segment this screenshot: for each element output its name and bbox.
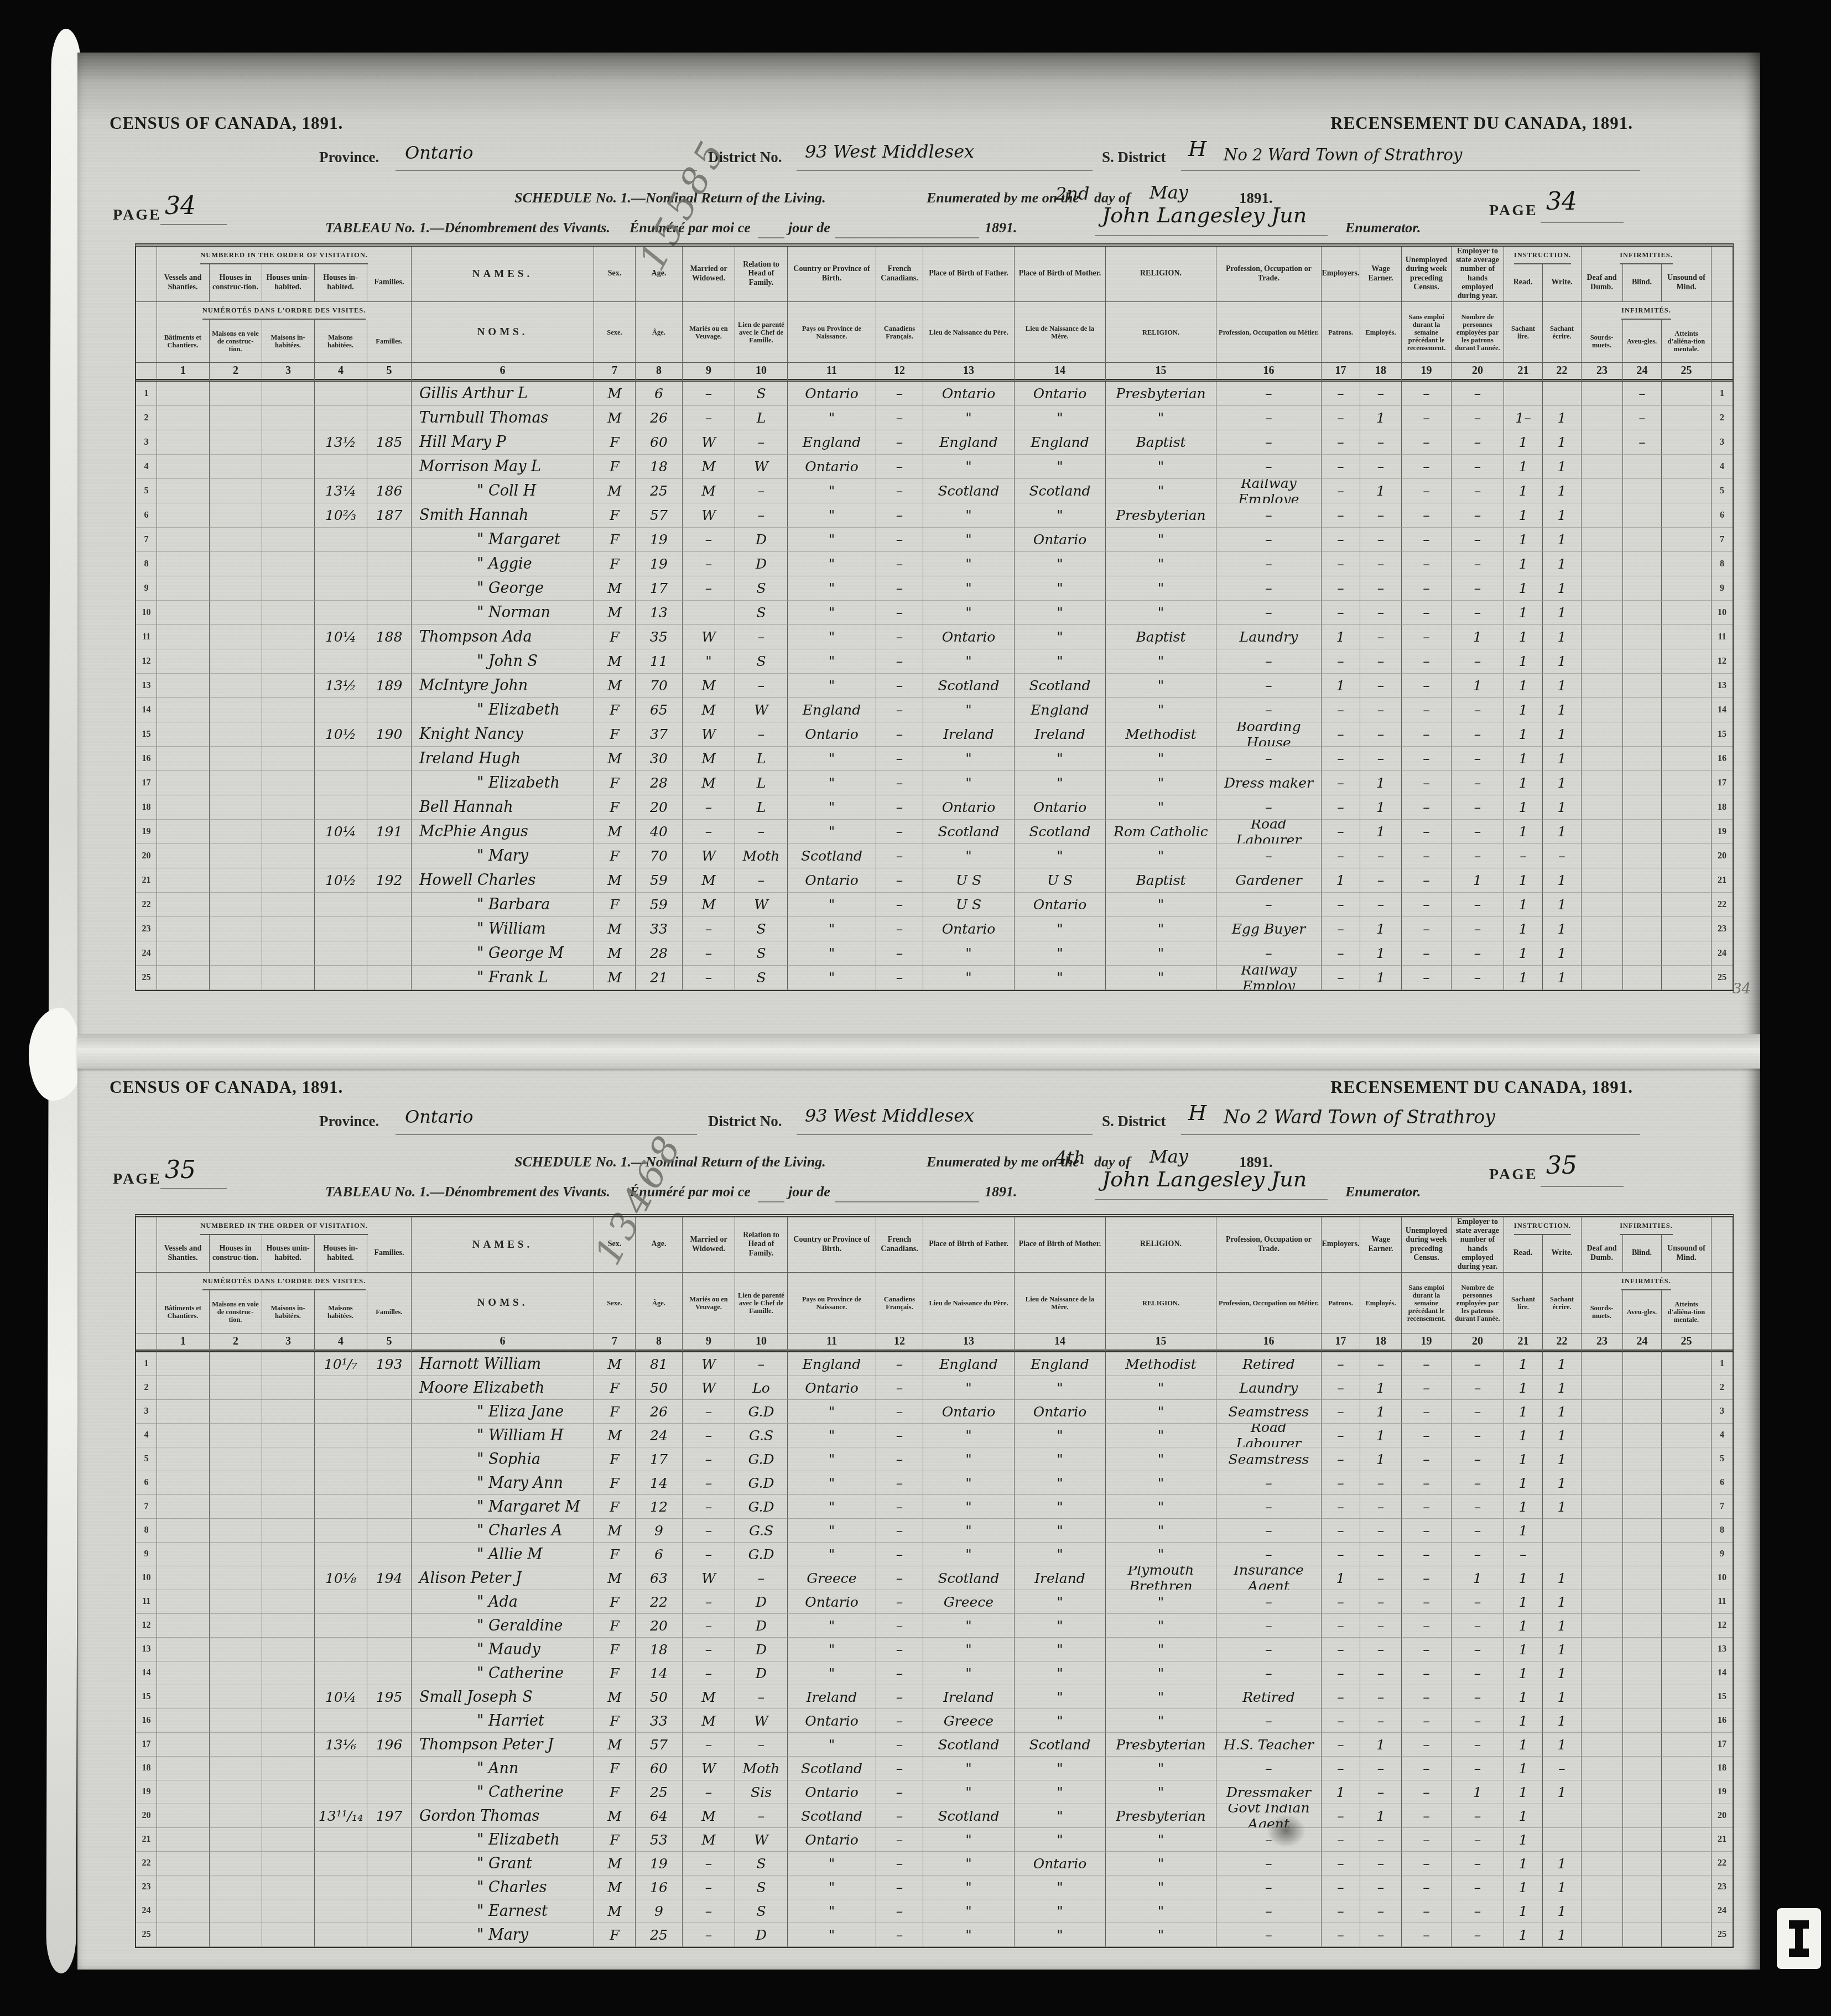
cell-deaf-dumb bbox=[1582, 1352, 1623, 1376]
enumerator-signature: John Langesley Jun bbox=[1102, 203, 1307, 227]
cell-wage-earner: 1 bbox=[1360, 1447, 1402, 1471]
cell-deaf-dumb bbox=[1582, 1709, 1623, 1733]
cell-read: – bbox=[1504, 844, 1543, 868]
cell-unemployed: – bbox=[1402, 1899, 1452, 1923]
cell-mother-birthplace: U S bbox=[1015, 868, 1106, 893]
cell-married-widowed: M bbox=[683, 893, 735, 917]
cell-french-canadian: – bbox=[876, 868, 923, 893]
cell-unsound-mind bbox=[1662, 868, 1712, 893]
cell-family-no: 192 bbox=[367, 868, 412, 893]
cell-blind bbox=[1623, 1543, 1662, 1566]
cell-deaf-dumb bbox=[1582, 1923, 1623, 1947]
cell-religion: " bbox=[1106, 1780, 1216, 1804]
cell-name: " Elizabeth bbox=[412, 771, 594, 795]
cell-name: " Margaret bbox=[412, 528, 594, 552]
cell-french-canadian: – bbox=[876, 722, 923, 747]
cell-uninhabited bbox=[262, 1733, 315, 1757]
cell-wage-earner: – bbox=[1360, 1566, 1402, 1590]
col-header-religion: RELIGION. bbox=[1106, 302, 1216, 363]
col-header-religion: RELIGION. bbox=[1106, 247, 1216, 302]
table-row: 1510½190Knight NancyF37W–Ontario–Ireland… bbox=[136, 722, 1733, 747]
cell-birthplace: " bbox=[788, 1876, 876, 1899]
cell-wage-earner: – bbox=[1360, 1780, 1402, 1804]
col-header-family-no: Families. bbox=[367, 264, 412, 301]
col-number-5: 5 bbox=[367, 1333, 412, 1352]
col-number-11: 11 bbox=[788, 363, 876, 382]
cell-deaf-dumb bbox=[1582, 601, 1623, 625]
cell-hands-employed: – bbox=[1452, 1495, 1504, 1519]
cell-married-widowed: M bbox=[683, 479, 735, 503]
cell-unsound-mind bbox=[1662, 455, 1712, 479]
col-number-2: 2 bbox=[210, 363, 262, 382]
cell-name: " Allie M bbox=[412, 1543, 594, 1566]
cell-family-no: 195 bbox=[367, 1685, 412, 1709]
cell-mother-birthplace: " bbox=[1015, 1471, 1106, 1495]
cell-unsound-mind bbox=[1662, 771, 1712, 795]
enumerator-signature: John Langesley Jun bbox=[1102, 1167, 1307, 1191]
cell-relation: – bbox=[735, 1804, 788, 1828]
cell-deaf-dumb bbox=[1582, 771, 1623, 795]
table-row: 22" GrantM19–S"–"Ontario"–––––1122 bbox=[136, 1852, 1733, 1876]
col-header-name: NOMS. bbox=[412, 1273, 594, 1333]
cell-read: 1 bbox=[1504, 1447, 1543, 1471]
census-page-34: CENSUS OF CANADA, 1891. RECENSEMENT DU C… bbox=[77, 53, 1760, 1034]
cell-wage-earner: – bbox=[1360, 893, 1402, 917]
cell-religion: " bbox=[1106, 1852, 1216, 1876]
cell-mother-birthplace: " bbox=[1015, 771, 1106, 795]
cell-row-num: 16 bbox=[1712, 747, 1733, 771]
cell-occupation: H.S. Teacher bbox=[1216, 1733, 1322, 1757]
cell-read: 1 bbox=[1504, 966, 1543, 990]
table-row: 513¼186" Coll HM25M–"–ScotlandScotland"R… bbox=[136, 479, 1733, 503]
cell-french-canadian: – bbox=[876, 1590, 923, 1614]
cell-blind bbox=[1623, 941, 1662, 966]
cell-blind bbox=[1623, 1757, 1662, 1780]
cell-row-num: 1 bbox=[136, 382, 157, 406]
col-number-16: 16 bbox=[1216, 363, 1322, 382]
cell-married-widowed: – bbox=[683, 1400, 735, 1424]
cell-vessels bbox=[157, 1400, 210, 1424]
cell-construction bbox=[210, 771, 262, 795]
cell-religion: " bbox=[1106, 1424, 1216, 1447]
cell-employer: – bbox=[1322, 1804, 1360, 1828]
cell-uninhabited bbox=[262, 698, 315, 722]
cell-unemployed: – bbox=[1402, 1590, 1452, 1614]
cell-father-birthplace: Ireland bbox=[923, 722, 1015, 747]
col-header-wage-earner: Employés. bbox=[1360, 1273, 1402, 1333]
cell-unsound-mind bbox=[1662, 1780, 1712, 1804]
cell-father-birthplace: " bbox=[923, 1899, 1015, 1923]
cell-blind bbox=[1623, 455, 1662, 479]
table-header-fr: NUMÉROTÉS DANS L'ORDRE DES VISITES.Bâtim… bbox=[136, 302, 1733, 363]
cell-occupation: – bbox=[1216, 552, 1322, 576]
cell-uninhabited bbox=[262, 771, 315, 795]
cell-hands-employed: – bbox=[1452, 722, 1504, 747]
cell-unemployed: – bbox=[1402, 528, 1452, 552]
cell-deaf-dumb bbox=[1582, 552, 1623, 576]
col-number-25: 25 bbox=[1662, 363, 1712, 382]
cell-row-num: 23 bbox=[1712, 917, 1733, 941]
instruction-group-title: INSTRUCTION. bbox=[1514, 1217, 1571, 1235]
cell-married-widowed: – bbox=[683, 1638, 735, 1661]
page-label-right: PAGE bbox=[1489, 202, 1538, 220]
cell-sex: M bbox=[594, 649, 636, 674]
cell-married-widowed: M bbox=[683, 1709, 735, 1733]
cell-religion: " bbox=[1106, 1709, 1216, 1733]
cell-religion: " bbox=[1106, 1376, 1216, 1400]
cell-row-num: 3 bbox=[136, 430, 157, 455]
cell-name: " Charles bbox=[412, 1876, 594, 1899]
cell-occupation: Gardener bbox=[1216, 868, 1322, 893]
col-header-sex: Sexe. bbox=[594, 1273, 636, 1333]
cell-name: " Mary bbox=[412, 844, 594, 868]
infirmities-group: INFIRMITIES.Deaf and Dumb.Blind.Unsound … bbox=[1582, 247, 1712, 302]
cell-married-widowed: – bbox=[683, 1447, 735, 1471]
cell-name: Gordon Thomas bbox=[412, 1804, 594, 1828]
cell-construction bbox=[210, 1447, 262, 1471]
cell-name: " Harriet bbox=[412, 1709, 594, 1733]
cell-wage-earner: 1 bbox=[1360, 1733, 1402, 1757]
table-row: 9" Allie MF6–G.D"–"""––––––9 bbox=[136, 1543, 1733, 1566]
cell-deaf-dumb bbox=[1582, 382, 1623, 406]
cell-read: 1 bbox=[1504, 917, 1543, 941]
cell-married-widowed: – bbox=[683, 795, 735, 820]
cell-write: 1 bbox=[1543, 820, 1582, 844]
cell-inhabited bbox=[315, 893, 367, 917]
cell-relation: Sis bbox=[735, 1780, 788, 1804]
cell-age: 19 bbox=[636, 528, 683, 552]
cell-relation: S bbox=[735, 966, 788, 990]
cell-vessels bbox=[157, 1352, 210, 1376]
cell-birthplace: " bbox=[788, 941, 876, 966]
cell-relation: S bbox=[735, 649, 788, 674]
cell-relation: G.D bbox=[735, 1543, 788, 1566]
cell-age: 33 bbox=[636, 917, 683, 941]
cell-construction bbox=[210, 503, 262, 528]
cell-mother-birthplace: " bbox=[1015, 917, 1106, 941]
col-header-write: Sachant écrire. bbox=[1543, 302, 1582, 363]
cell-deaf-dumb bbox=[1582, 893, 1623, 917]
cell-married-widowed: W bbox=[683, 1566, 735, 1590]
cell-row-num: 20 bbox=[136, 1804, 157, 1828]
cell-married-widowed: – bbox=[683, 1590, 735, 1614]
cell-sex: F bbox=[594, 1495, 636, 1519]
col-header-employer: Patrons. bbox=[1322, 1273, 1360, 1333]
cell-row-num: 5 bbox=[1712, 1447, 1733, 1471]
cell-age: 20 bbox=[636, 1614, 683, 1638]
cell-unemployed: – bbox=[1402, 455, 1452, 479]
col-header-uninhabited: Maisons in-habitées. bbox=[262, 1290, 315, 1333]
cell-employer: – bbox=[1322, 1352, 1360, 1376]
col-number-10: 10 bbox=[735, 1333, 788, 1352]
cell-unemployed: – bbox=[1402, 382, 1452, 406]
cell-unsound-mind bbox=[1662, 503, 1712, 528]
cell-unsound-mind bbox=[1662, 1757, 1712, 1780]
scan-edge-mark bbox=[29, 1008, 82, 1101]
cell-unsound-mind bbox=[1662, 917, 1712, 941]
cell-religion: " bbox=[1106, 747, 1216, 771]
cell-blind bbox=[1623, 698, 1662, 722]
cell-construction bbox=[210, 1519, 262, 1543]
cell-vessels bbox=[157, 820, 210, 844]
cell-age: 37 bbox=[636, 722, 683, 747]
cell-mother-birthplace: " bbox=[1015, 747, 1106, 771]
cell-write: 1 bbox=[1543, 576, 1582, 601]
col-header-inhabited: Houses in-habited. bbox=[315, 1235, 367, 1272]
enumerator-label: Enumerator. bbox=[1345, 220, 1421, 236]
cell-wage-earner: 1 bbox=[1360, 795, 1402, 820]
cell-row-num: 5 bbox=[136, 479, 157, 503]
cell-wage-earner: – bbox=[1360, 1828, 1402, 1852]
cell-family-no: 188 bbox=[367, 625, 412, 649]
cell-wage-earner: – bbox=[1360, 1899, 1402, 1923]
cell-employer: – bbox=[1322, 1899, 1360, 1923]
col-number-16: 16 bbox=[1216, 1333, 1322, 1352]
cell-blind bbox=[1623, 966, 1662, 990]
row-number-header bbox=[1712, 363, 1733, 382]
cell-married-widowed: – bbox=[683, 820, 735, 844]
cell-uninhabited bbox=[262, 1614, 315, 1638]
cell-deaf-dumb bbox=[1582, 1733, 1623, 1757]
cell-write bbox=[1543, 1543, 1582, 1566]
cell-hands-employed: – bbox=[1452, 1400, 1504, 1424]
cell-mother-birthplace: " bbox=[1015, 503, 1106, 528]
cell-unemployed: – bbox=[1402, 625, 1452, 649]
cell-hands-employed: – bbox=[1452, 917, 1504, 941]
row-number-header bbox=[136, 247, 157, 302]
cell-blind bbox=[1623, 1400, 1662, 1424]
cell-name: Ireland Hugh bbox=[412, 747, 594, 771]
cell-construction bbox=[210, 1733, 262, 1757]
cell-employer: – bbox=[1322, 917, 1360, 941]
cell-uninhabited bbox=[262, 1566, 315, 1590]
col-header-wage-earner: Wage Earner. bbox=[1360, 1217, 1402, 1273]
cell-mother-birthplace: " bbox=[1015, 1780, 1106, 1804]
cell-relation: D bbox=[735, 1661, 788, 1685]
cell-mother-birthplace: " bbox=[1015, 552, 1106, 576]
cell-inhabited bbox=[315, 966, 367, 990]
cell-vessels bbox=[157, 455, 210, 479]
cell-french-canadian: – bbox=[876, 601, 923, 625]
cell-name: Harnott William bbox=[412, 1352, 594, 1376]
subdistrict-value: H bbox=[1188, 1101, 1206, 1125]
cell-relation: Moth bbox=[735, 1757, 788, 1780]
cell-deaf-dumb bbox=[1582, 1590, 1623, 1614]
cell-unemployed: – bbox=[1402, 1376, 1452, 1400]
cell-construction bbox=[210, 674, 262, 698]
cell-relation: – bbox=[735, 479, 788, 503]
cell-birthplace: " bbox=[788, 1519, 876, 1543]
cell-inhabited bbox=[315, 382, 367, 406]
cell-construction bbox=[210, 406, 262, 430]
cell-mother-birthplace: Ontario bbox=[1015, 382, 1106, 406]
cell-name: Thompson Ada bbox=[412, 625, 594, 649]
table-row: 25" MaryF25–D"–"""–––––1125 bbox=[136, 1923, 1733, 1947]
cell-french-canadian: – bbox=[876, 1661, 923, 1685]
cell-write: 1 bbox=[1543, 1566, 1582, 1590]
cell-mother-birthplace: Scotland bbox=[1015, 1733, 1106, 1757]
cell-write: 1 bbox=[1543, 1661, 1582, 1685]
cell-blind bbox=[1623, 1495, 1662, 1519]
cell-uninhabited bbox=[262, 1852, 315, 1876]
cell-relation: – bbox=[735, 1566, 788, 1590]
cell-write: 1 bbox=[1543, 1424, 1582, 1447]
cell-inhabited bbox=[315, 747, 367, 771]
cell-deaf-dumb bbox=[1582, 1424, 1623, 1447]
table-row: 5" SophiaF17–G.D"–"""Seamstress–1––115 bbox=[136, 1447, 1733, 1471]
col-header-french-canadian: Canadiens Français. bbox=[876, 1273, 923, 1333]
cell-write: 1 bbox=[1543, 406, 1582, 430]
cell-hands-employed: – bbox=[1452, 1876, 1504, 1899]
cell-father-birthplace: Ontario bbox=[923, 917, 1015, 941]
cell-birthplace: " bbox=[788, 1543, 876, 1566]
cell-relation: – bbox=[735, 1685, 788, 1709]
cell-row-num: 7 bbox=[136, 528, 157, 552]
col-number-1: 1 bbox=[157, 363, 210, 382]
cell-read: 1 bbox=[1504, 455, 1543, 479]
cell-row-num: 14 bbox=[136, 698, 157, 722]
col-header-unemployed: Unemployed during week preceding Census. bbox=[1402, 1217, 1452, 1273]
cell-age: 30 bbox=[636, 747, 683, 771]
cell-occupation: – bbox=[1216, 503, 1322, 528]
cell-deaf-dumb bbox=[1582, 576, 1623, 601]
cell-wage-earner: – bbox=[1360, 601, 1402, 625]
cell-vessels bbox=[157, 479, 210, 503]
cell-write: – bbox=[1543, 1757, 1582, 1780]
cell-wage-earner: – bbox=[1360, 1519, 1402, 1543]
col-number-23: 23 bbox=[1582, 363, 1623, 382]
cell-deaf-dumb bbox=[1582, 1876, 1623, 1899]
cell-deaf-dumb bbox=[1582, 1828, 1623, 1852]
cell-write: 1 bbox=[1543, 941, 1582, 966]
cell-uninhabited bbox=[262, 1661, 315, 1685]
cell-sex: M bbox=[594, 479, 636, 503]
row-number-header bbox=[1712, 1273, 1733, 1333]
cell-blind bbox=[1623, 722, 1662, 747]
col-header-married-widowed: Mariés ou en Veuvage. bbox=[683, 1273, 735, 1333]
col-number-17: 17 bbox=[1322, 363, 1360, 382]
cell-age: 59 bbox=[636, 893, 683, 917]
cell-vessels bbox=[157, 1471, 210, 1495]
cell-row-num: 8 bbox=[1712, 1519, 1733, 1543]
cell-vessels bbox=[157, 966, 210, 990]
cell-mother-birthplace: " bbox=[1015, 1828, 1106, 1852]
cell-birthplace: " bbox=[788, 1923, 876, 1947]
cell-name: Morrison May L bbox=[412, 455, 594, 479]
cell-name: " Earnest bbox=[412, 1899, 594, 1923]
cell-family-no: 185 bbox=[367, 430, 412, 455]
cell-inhabited bbox=[315, 1709, 367, 1733]
cell-occupation: Railway Employe bbox=[1216, 479, 1322, 503]
cell-french-canadian: – bbox=[876, 1685, 923, 1709]
cell-blind bbox=[1623, 1638, 1662, 1661]
cell-birthplace: " bbox=[788, 479, 876, 503]
cell-employer: – bbox=[1322, 941, 1360, 966]
cell-age: 33 bbox=[636, 1709, 683, 1733]
cell-inhabited bbox=[315, 1638, 367, 1661]
row-number-header bbox=[136, 1217, 157, 1273]
cell-uninhabited bbox=[262, 1638, 315, 1661]
cell-sex: M bbox=[594, 966, 636, 990]
cell-father-birthplace: " bbox=[923, 406, 1015, 430]
cell-deaf-dumb bbox=[1582, 941, 1623, 966]
cell-uninhabited bbox=[262, 941, 315, 966]
cell-french-canadian: – bbox=[876, 795, 923, 820]
cell-married-widowed: – bbox=[683, 528, 735, 552]
cell-row-num: 17 bbox=[1712, 1733, 1733, 1757]
province-value: Ontario bbox=[405, 142, 474, 163]
district-label: District No. bbox=[708, 1113, 782, 1130]
cell-name: Bell Hannah bbox=[412, 795, 594, 820]
cell-name: Hill Mary P bbox=[412, 430, 594, 455]
cell-name: " Margaret M bbox=[412, 1495, 594, 1519]
col-header-age: Age. bbox=[636, 247, 683, 302]
cell-construction bbox=[210, 1424, 262, 1447]
cell-name: Thompson Peter J bbox=[412, 1733, 594, 1757]
cell-read: 1 bbox=[1504, 1828, 1543, 1852]
cell-married-widowed: – bbox=[683, 552, 735, 576]
cell-write: 1 bbox=[1543, 430, 1582, 455]
cell-mother-birthplace: Ontario bbox=[1015, 1852, 1106, 1876]
cell-relation: D bbox=[735, 1614, 788, 1638]
cell-vessels bbox=[157, 893, 210, 917]
cell-vessels bbox=[157, 1638, 210, 1661]
cell-unsound-mind bbox=[1662, 941, 1712, 966]
cell-occupation: Retired bbox=[1216, 1685, 1322, 1709]
cell-family-no bbox=[367, 552, 412, 576]
cell-occupation: – bbox=[1216, 455, 1322, 479]
cell-birthplace: Ontario bbox=[788, 868, 876, 893]
cell-relation: G.D bbox=[735, 1447, 788, 1471]
cell-row-num: 4 bbox=[1712, 455, 1733, 479]
col-header-blind: Aveu-gles. bbox=[1623, 1290, 1662, 1333]
cell-uninhabited bbox=[262, 1495, 315, 1519]
cell-unemployed: – bbox=[1402, 747, 1452, 771]
cell-employer: – bbox=[1322, 1828, 1360, 1852]
cell-name: Alison Peter J bbox=[412, 1566, 594, 1590]
cell-occupation: – bbox=[1216, 649, 1322, 674]
cell-hands-employed: – bbox=[1452, 1352, 1504, 1376]
cell-write: 1 bbox=[1543, 1471, 1582, 1495]
col-header-french-canadian: Canadiens Français. bbox=[876, 302, 923, 363]
cell-blind bbox=[1623, 1661, 1662, 1685]
cell-religion: " bbox=[1106, 674, 1216, 698]
col-header-construction: Houses in construc-tion. bbox=[210, 264, 262, 301]
cell-french-canadian: – bbox=[876, 406, 923, 430]
cell-construction bbox=[210, 649, 262, 674]
cell-age: 18 bbox=[636, 455, 683, 479]
cell-wage-earner: – bbox=[1360, 674, 1402, 698]
cell-read: 1 bbox=[1504, 1471, 1543, 1495]
cell-birthplace: Scotland bbox=[788, 1804, 876, 1828]
cell-construction bbox=[210, 1614, 262, 1638]
cell-row-num: 2 bbox=[136, 1376, 157, 1400]
cell-write: 1 bbox=[1543, 966, 1582, 990]
cell-employer: – bbox=[1322, 966, 1360, 990]
cell-religion: " bbox=[1106, 1661, 1216, 1685]
cell-age: 64 bbox=[636, 1804, 683, 1828]
cell-inhabited bbox=[315, 1495, 367, 1519]
col-number-18: 18 bbox=[1360, 1333, 1402, 1352]
cell-mother-birthplace: " bbox=[1015, 1614, 1106, 1638]
cell-french-canadian: – bbox=[876, 528, 923, 552]
cell-birthplace: " bbox=[788, 1471, 876, 1495]
cell-name: " Maudy bbox=[412, 1638, 594, 1661]
col-header-sex: Sexe. bbox=[594, 302, 636, 363]
table-row: 22" BarbaraF59MW"–U SOntario"–––––1122 bbox=[136, 893, 1733, 917]
cell-vessels bbox=[157, 1852, 210, 1876]
cell-unsound-mind bbox=[1662, 479, 1712, 503]
